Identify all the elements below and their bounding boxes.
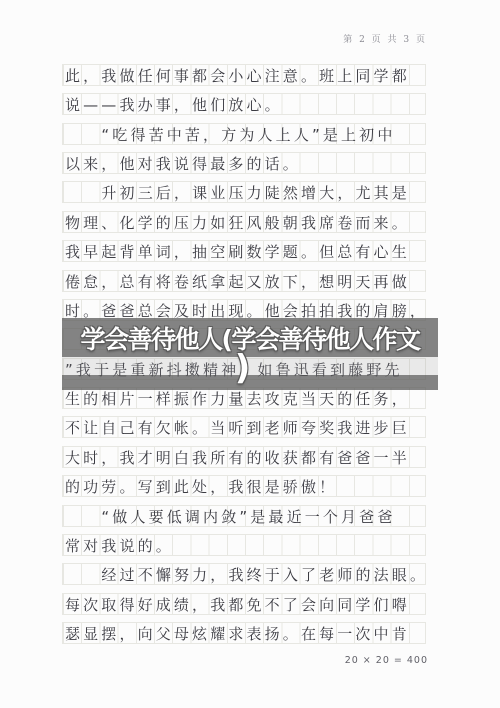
manuscript-line-text: “做人要低调内敛”是最近一个月爸爸 — [99, 507, 395, 527]
manuscript-line-text: 我早起背单词，抽空刷数学题。但总有心生 — [63, 242, 410, 262]
manuscript-line-text: 大时，我才明白我所有的收获都有爸爸一半 — [63, 448, 410, 468]
manuscript-line-text: “吃得苦中苦，方为人上人”是上初中 — [99, 125, 395, 145]
title-closing-paren: ) — [235, 346, 251, 390]
manuscript-line: “吃得苦中苦，方为人上人”是上初中 — [62, 123, 426, 145]
manuscript-line: 我早起背单词，抽空刷数学题。但总有心生 — [62, 240, 426, 262]
manuscript-line-text: 经过不懈努力，我终于入了老师的法眼。 — [99, 565, 428, 585]
title-overlay: 学会善待他人(学会善待他人作文 ) — [62, 318, 438, 390]
manuscript-line-text: 倦怠，总有将卷纸拿起又放下，想明天再做 — [63, 272, 410, 292]
manuscript-line: 常对我说的。 — [62, 534, 426, 556]
manuscript-line: 此，我做任何事都会小心注意。班上同学都 — [62, 64, 426, 86]
grid-size-note: 20 × 20 = 400 — [345, 655, 428, 666]
manuscript-line: 生的相片一样振作力量去攻克当天的任务， — [62, 387, 426, 409]
manuscript-line: 物理、化学的压力如狂风般朝我席卷而来。 — [62, 211, 426, 233]
manuscript-line-text: 升初三后，课业压力陡然增大，尤其是 — [99, 183, 410, 203]
manuscript-line: 瑟显摆，向父母炫耀求表扬。在每一次中肯 — [62, 622, 426, 644]
page-indicator: 第 2 页 共 3 页 — [343, 32, 427, 45]
manuscript-line-text: 每次取得好成绩，我都免不了会向同学们嘚 — [63, 595, 410, 615]
manuscript-line: 说——我办事，他们放心。 — [62, 93, 426, 115]
manuscript-line-text: 生的相片一样振作力量去攻克当天的任务， — [63, 389, 410, 409]
manuscript-line-text: 物理、化学的压力如狂风般朝我席卷而来。 — [63, 213, 410, 233]
manuscript-line-text: 常对我说的。 — [63, 536, 174, 556]
manuscript-line: 经过不懈努力，我终于入了老师的法眼。 — [62, 563, 426, 585]
manuscript-line-text: 说——我办事，他们放心。 — [63, 95, 283, 115]
manuscript-line-text: 的功劳。写到此处，我很是骄傲！ — [63, 477, 337, 497]
manuscript-line: 每次取得好成绩，我都免不了会向同学们嘚 — [62, 593, 426, 615]
manuscript-line: 升初三后，课业压力陡然增大，尤其是 — [62, 181, 426, 203]
manuscript-line: 不让自己有欠帐。当听到老师夸奖我进步巨 — [62, 416, 426, 438]
manuscript-line: 的功劳。写到此处，我很是骄傲！ — [62, 475, 426, 497]
manuscript-line: “做人要低调内敛”是最近一个月爸爸 — [62, 505, 426, 527]
manuscript-line: 大时，我才明白我所有的收获都有爸爸一半 — [62, 446, 426, 468]
manuscript-line-text: 瑟显摆，向父母炫耀求表扬。在每一次中肯 — [63, 624, 410, 644]
manuscript-line-text: 以来，他对我说得最多的话。 — [63, 154, 301, 174]
manuscript-line: 倦怠，总有将卷纸拿起又放下，想明天再做 — [62, 270, 426, 292]
manuscript-line: 以来，他对我说得最多的话。 — [62, 152, 426, 174]
manuscript-line-text: 不让自己有欠帐。当听到老师夸奖我进步巨 — [63, 418, 410, 438]
manuscript-line-text: 此，我做任何事都会小心注意。班上同学都 — [63, 66, 410, 86]
